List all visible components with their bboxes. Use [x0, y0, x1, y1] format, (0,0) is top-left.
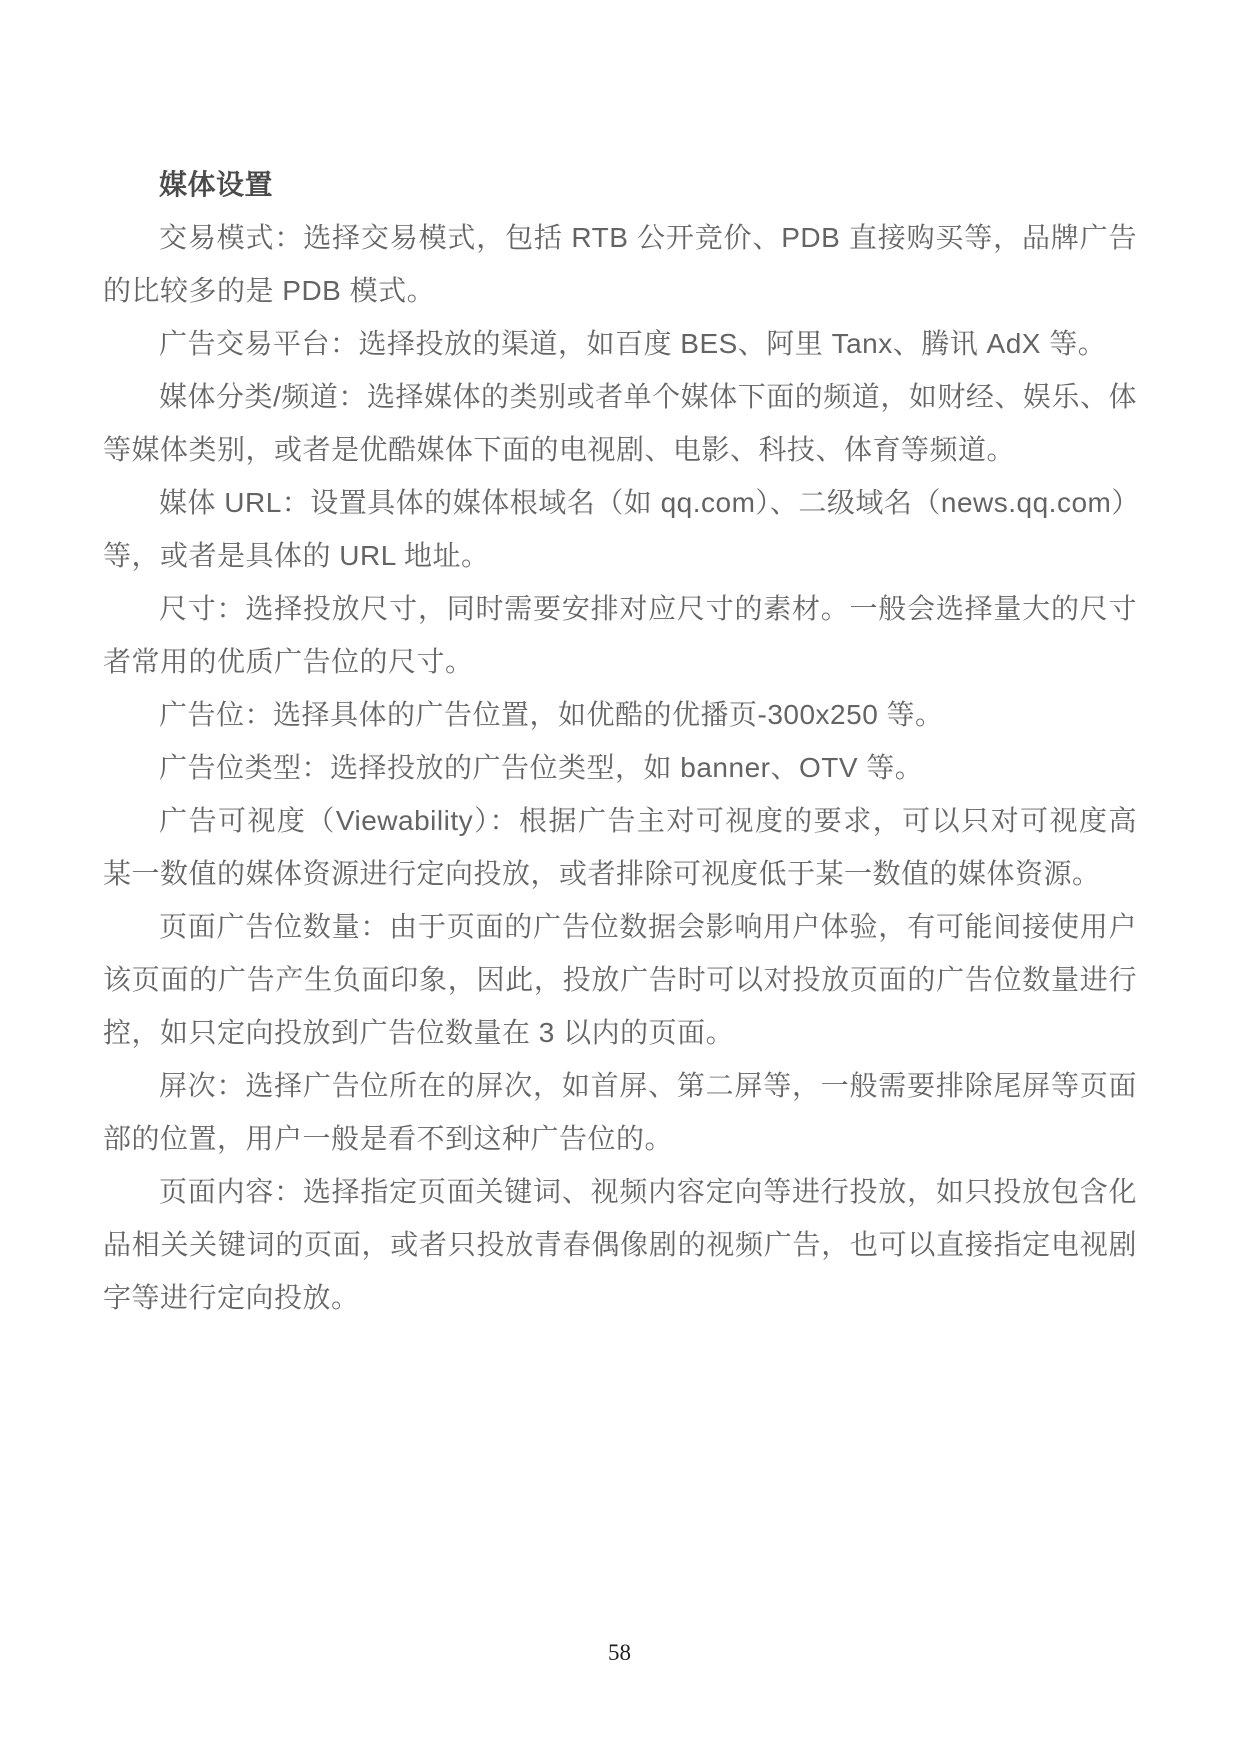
- body-line: 交易模式：选择交易模式，包括 RTB 公开竞价、PDB 直接购买等，品牌广告主投: [103, 211, 1137, 264]
- body-line: 媒体 URL：设置具体的媒体根域名（如 qq.com）、二级域名（news.qq…: [103, 476, 1137, 529]
- body-line: 广告位：选择具体的广告位置，如优酷的优播页-300x250 等。: [103, 688, 1137, 741]
- body-line: 广告可视度（Viewability）：根据广告主对可视度的要求，可以只对可视度高…: [103, 794, 1137, 847]
- body-line: 广告位类型：选择投放的广告位类型，如 banner、OTV 等。: [103, 741, 1137, 794]
- body-line: 广告交易平台：选择投放的渠道，如百度 BES、阿里 Tanx、腾讯 AdX 等。: [103, 317, 1137, 370]
- body-line: 屏次：选择广告位所在的屏次，如首屏、第二屏等，一般需要排除尾屏等页面底: [103, 1059, 1137, 1112]
- body-line: 该页面的广告产生负面印象，因此，投放广告时可以对投放页面的广告位数量进行把: [103, 953, 1137, 1006]
- section-heading: 媒体设置: [103, 158, 1137, 211]
- body-line: 控，如只定向投放到广告位数量在 3 以内的页面。: [103, 1006, 1137, 1059]
- body-line: 等，或者是具体的 URL 地址。: [103, 529, 1137, 582]
- body-line: 尺寸：选择投放尺寸，同时需要安排对应尺寸的素材。一般会选择量大的尺寸或: [103, 582, 1137, 635]
- body-line: 品相关关键词的页面，或者只投放青春偶像剧的视频广告，也可以直接指定电视剧名: [103, 1218, 1137, 1271]
- text-block: 媒体设置 交易模式：选择交易模式，包括 RTB 公开竞价、PDB 直接购买等，品…: [103, 158, 1137, 1324]
- body-line: 的比较多的是 PDB 模式。: [103, 264, 1137, 317]
- body-line: 媒体分类/频道：选择媒体的类别或者单个媒体下面的频道，如财经、娱乐、体育: [103, 370, 1137, 423]
- page-number: 58: [608, 1640, 631, 1665]
- body-line: 字等进行定向投放。: [103, 1271, 1137, 1324]
- body-line: 页面广告位数量：由于页面的广告位数据会影响用户体验，有可能间接使用户对: [103, 900, 1137, 953]
- body-line: 等媒体类别，或者是优酷媒体下面的电视剧、电影、科技、体育等频道。: [103, 423, 1137, 476]
- body-line: 页面内容：选择指定页面关键词、视频内容定向等进行投放，如只投放包含化妆: [103, 1165, 1137, 1218]
- page-footer: 58: [0, 1640, 1239, 1666]
- document-page: 媒体设置 交易模式：选择交易模式，包括 RTB 公开竞价、PDB 直接购买等，品…: [0, 0, 1239, 1754]
- body-line: 部的位置，用户一般是看不到这种广告位的。: [103, 1112, 1137, 1165]
- body-line: 某一数值的媒体资源进行定向投放，或者排除可视度低于某一数值的媒体资源。: [103, 847, 1137, 900]
- body-line: 者常用的优质广告位的尺寸。: [103, 635, 1137, 688]
